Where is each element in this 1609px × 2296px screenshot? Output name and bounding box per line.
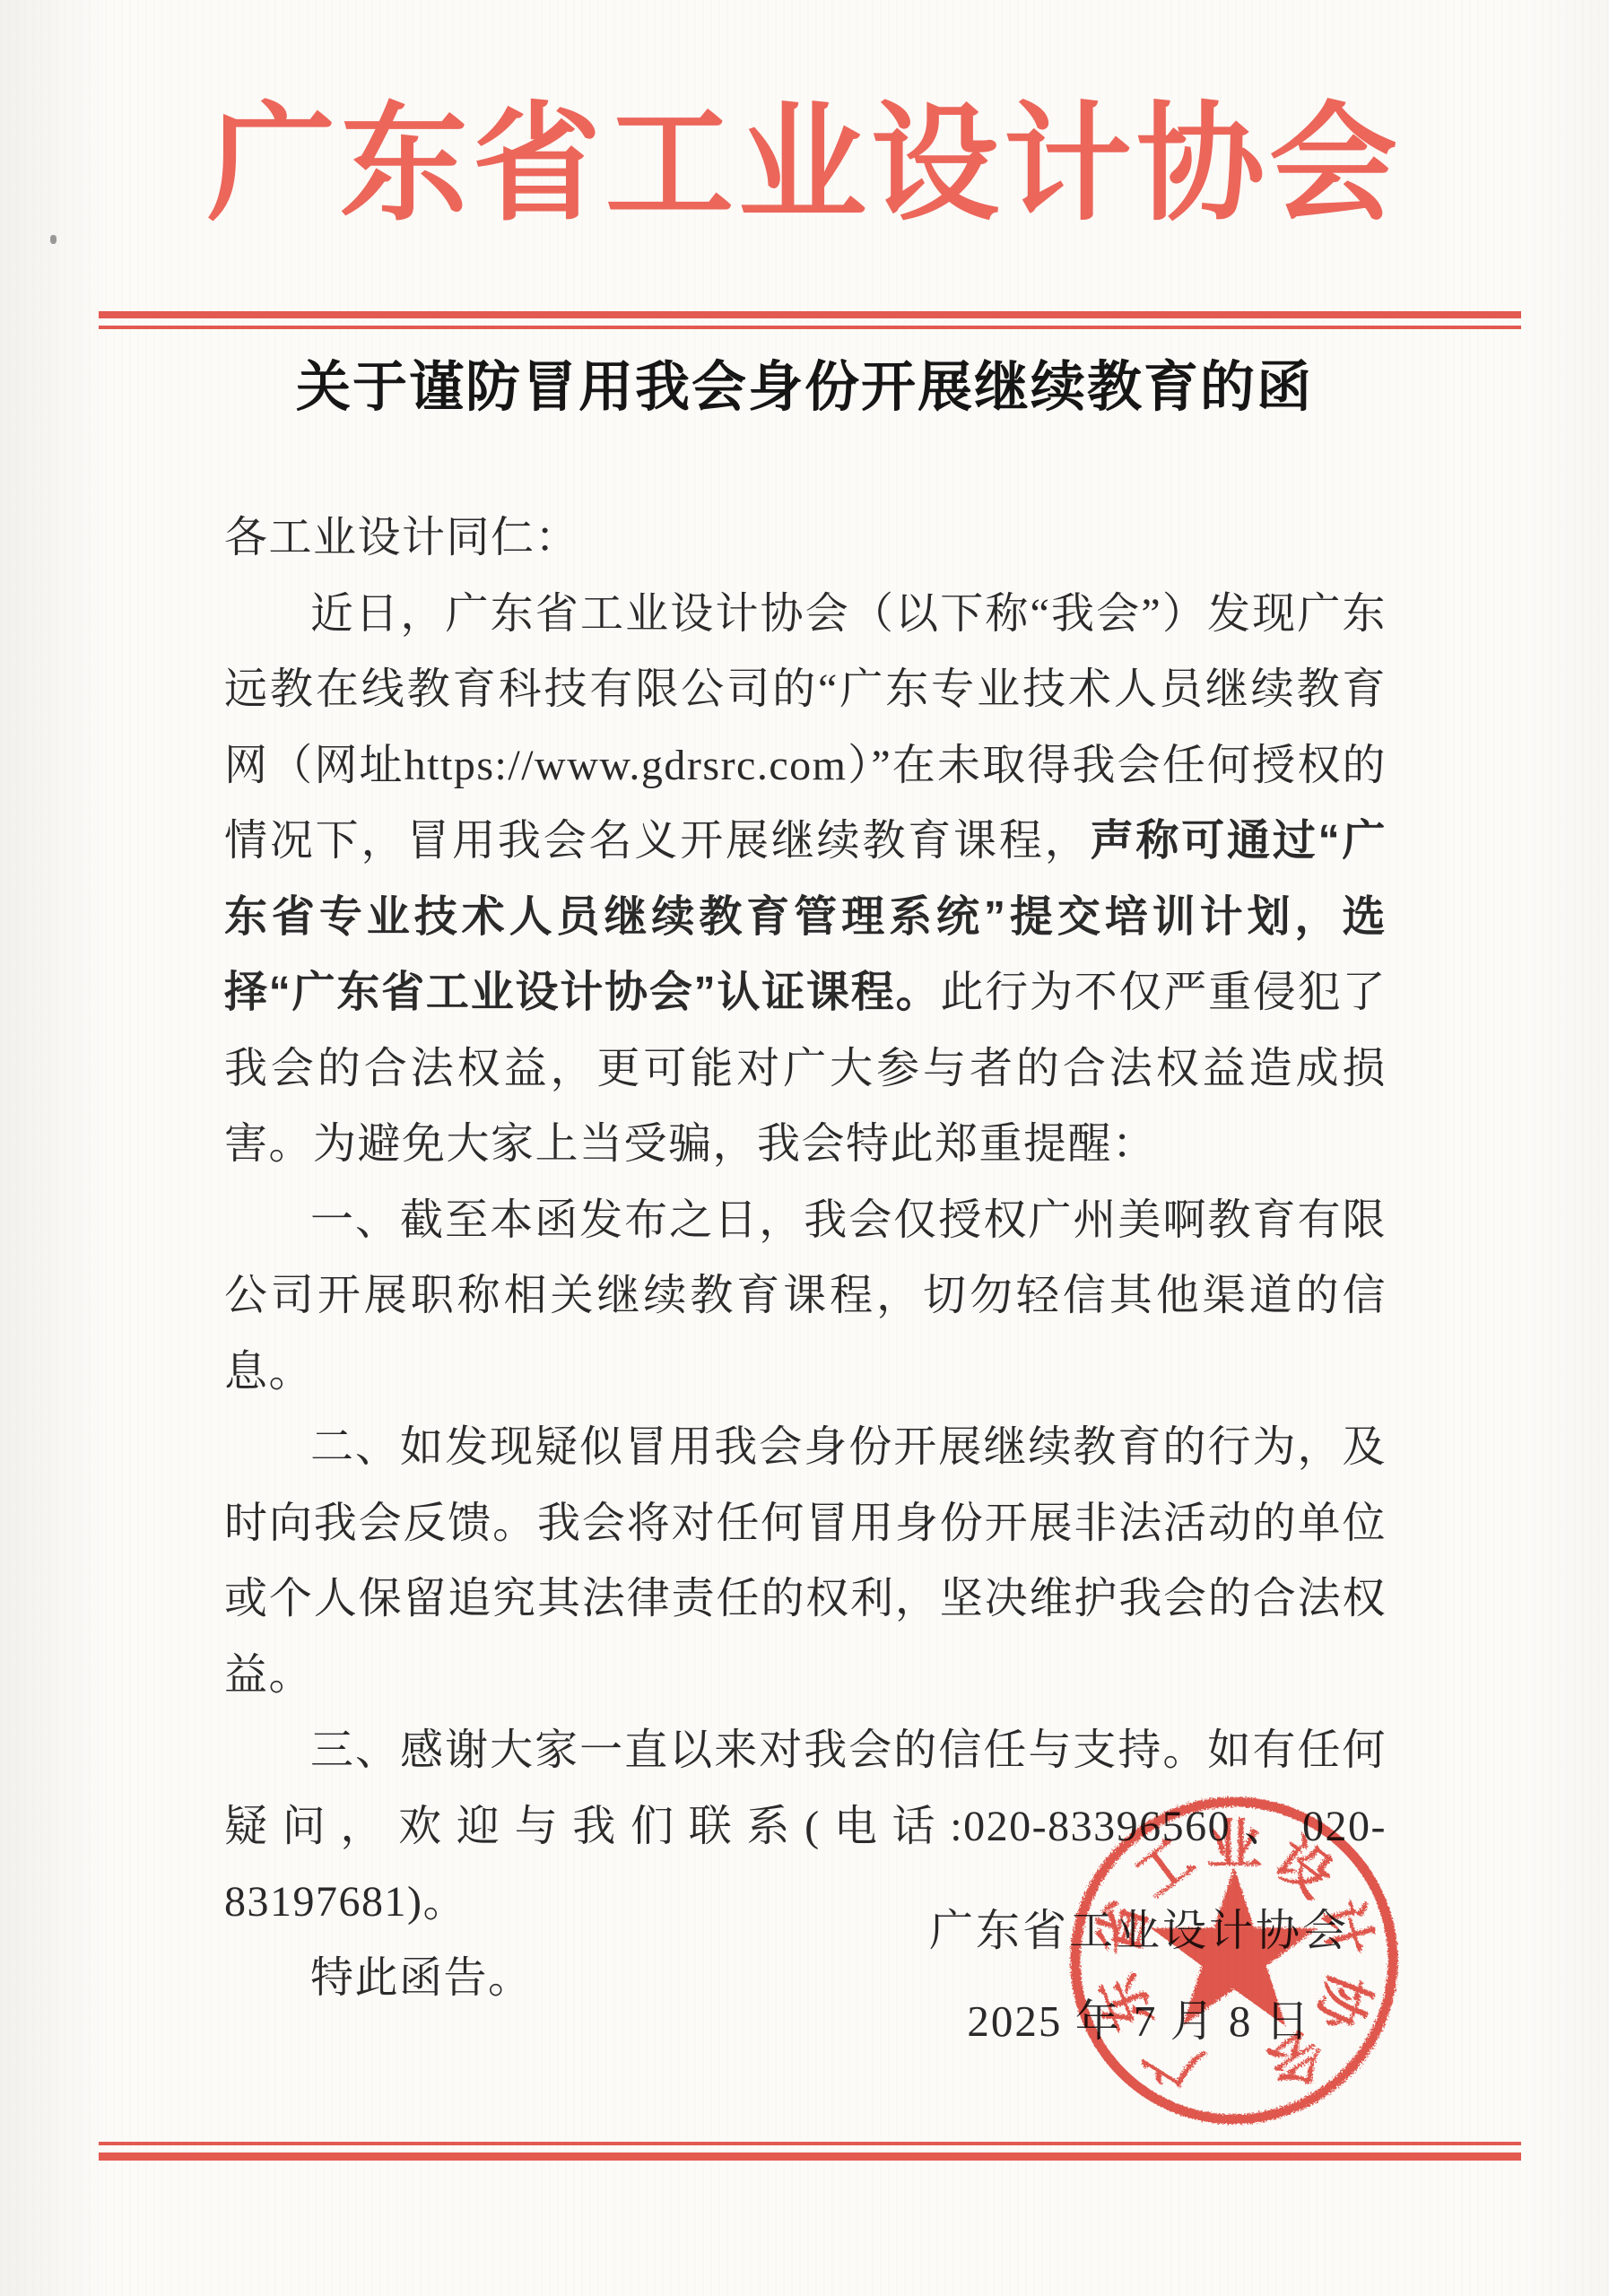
official-seal: 广东省工业设计协会 <box>1053 1779 1415 2142</box>
seal-character: 业 <box>1206 1816 1261 1876</box>
body-text: 特此函告。 <box>310 1954 533 2002</box>
salutation: 各工业设计同仁： <box>224 500 1387 577</box>
paragraph: 一、截至本函发布之日，我会仅授权广州美啊教育有限公司开展职称相关继续教育课程，切… <box>224 1183 1387 1411</box>
seal-character: 协 <box>1303 1965 1380 2039</box>
body-text: 一、截至本函发布之日，我会仅授权广州美啊教育有限公司开展职称相关继续教育课程，切… <box>224 1196 1387 1396</box>
letterhead-title: 广东省工业设计协会 <box>0 90 1609 241</box>
paragraph: 二、如发现疑似冒用我会身份开展继续教育的行为，及时向我会反馈。我会将对任何冒用身… <box>224 1410 1387 1713</box>
footer-rule-thin <box>99 2142 1521 2145</box>
seal-character: 东 <box>1088 1965 1164 2038</box>
header-rule-thick <box>99 311 1521 318</box>
document-title: 关于谨防冒用我会身份开展继续教育的函 <box>0 357 1609 417</box>
body-text: 二、如发现疑似冒用我会身份开展继续教育的行为，及时向我会反馈。我会将对任何冒用身… <box>224 1423 1387 1699</box>
seal-character: 省 <box>1086 1894 1160 1963</box>
paragraph: 近日，广东省工业设计协会（以下称“我会”）发现广东远教在线教育科技有限公司的“广… <box>224 577 1387 1183</box>
footer-rule-thick <box>99 2152 1521 2161</box>
seal-character: 计 <box>1308 1894 1380 1963</box>
scanned-letter-page: 广东省工业设计协会 关于谨防冒用我会身份开展继续教育的函 各工业设计同仁： 近日… <box>0 0 1609 2296</box>
header-rule-thin <box>99 326 1521 329</box>
